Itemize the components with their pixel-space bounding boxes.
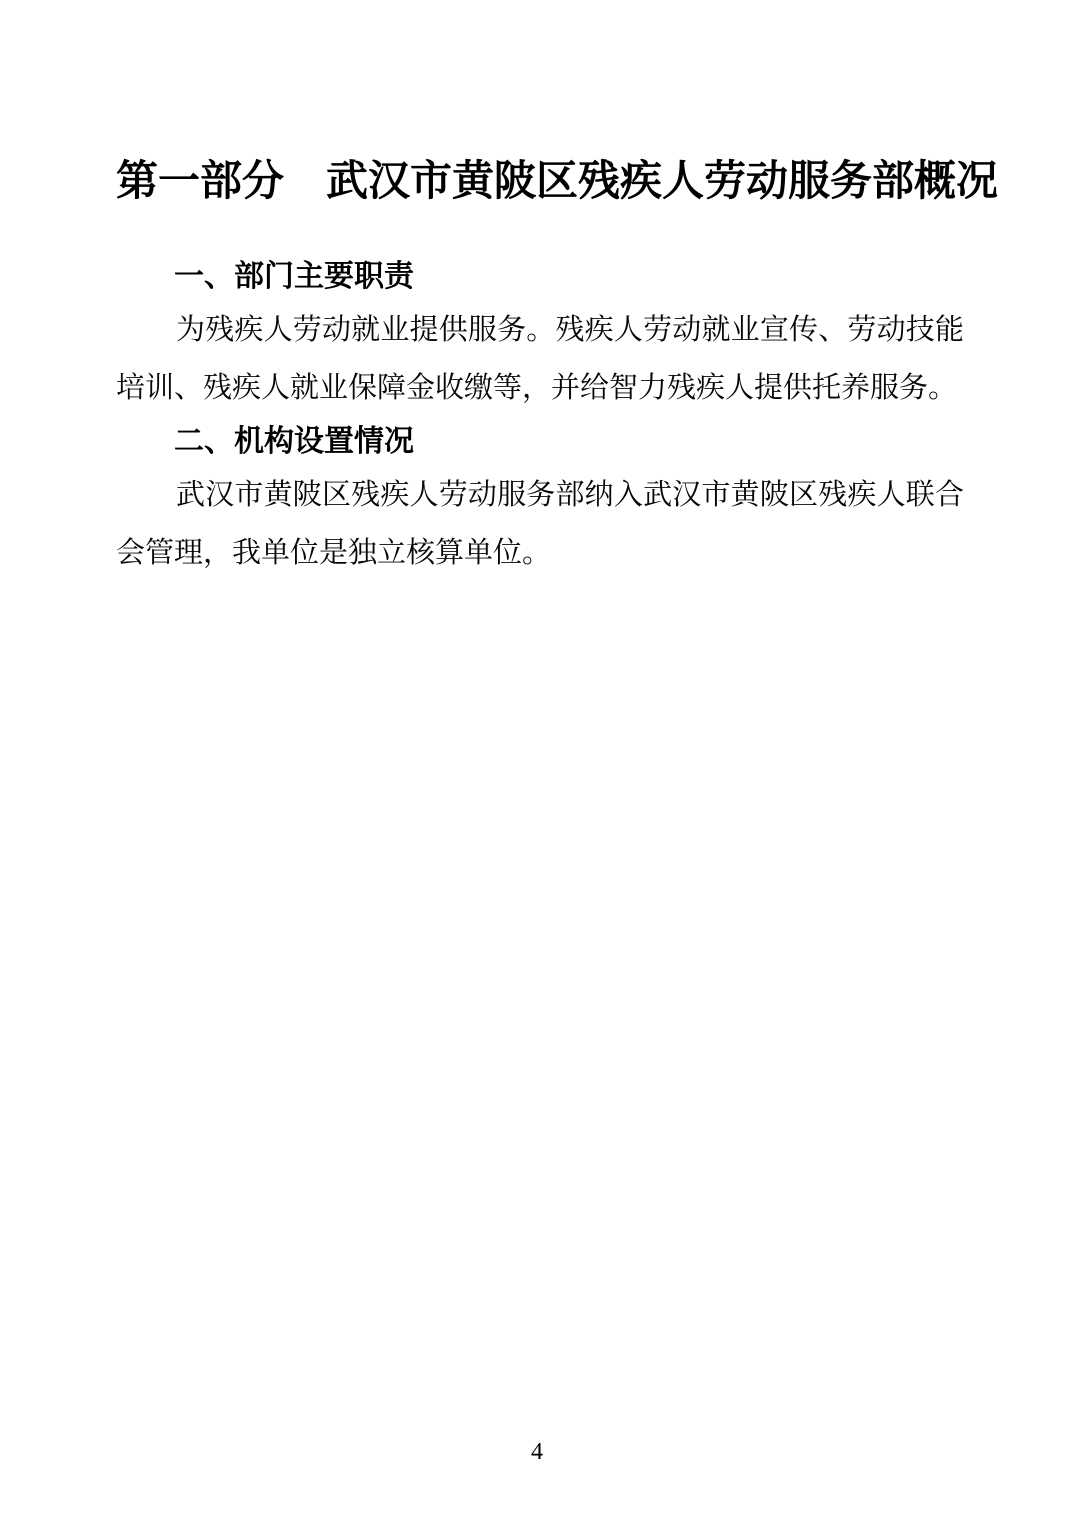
page-content: 第一部分 武汉市黄陂区残疾人劳动服务部概况 一、部门主要职责 为残疾人劳动就业提… [116, 155, 964, 582]
page-number: 4 [0, 1438, 1074, 1466]
document-page: 第一部分 武汉市黄陂区残疾人劳动服务部概况 一、部门主要职责 为残疾人劳动就业提… [0, 0, 1074, 1520]
section-paragraph-1: 为残疾人劳动就业提供服务。残疾人劳动就业宣传、劳动技能培训、残疾人就业保障金收缴… [116, 301, 964, 417]
section-organization-setup: 二、机构设置情况 武汉市黄陂区残疾人劳动服务部纳入武汉市黄陂区残疾人联合会管理，… [116, 418, 964, 582]
section-heading-2: 二、机构设置情况 [116, 418, 964, 466]
section-department-duties: 一、部门主要职责 为残疾人劳动就业提供服务。残疾人劳动就业宣传、劳动技能培训、残… [116, 253, 964, 417]
section-heading-1: 一、部门主要职责 [116, 253, 964, 301]
document-title: 第一部分 武汉市黄陂区残疾人劳动服务部概况 [116, 155, 964, 207]
section-paragraph-2: 武汉市黄陂区残疾人劳动服务部纳入武汉市黄陂区残疾人联合会管理，我单位是独立核算单… [116, 466, 964, 582]
